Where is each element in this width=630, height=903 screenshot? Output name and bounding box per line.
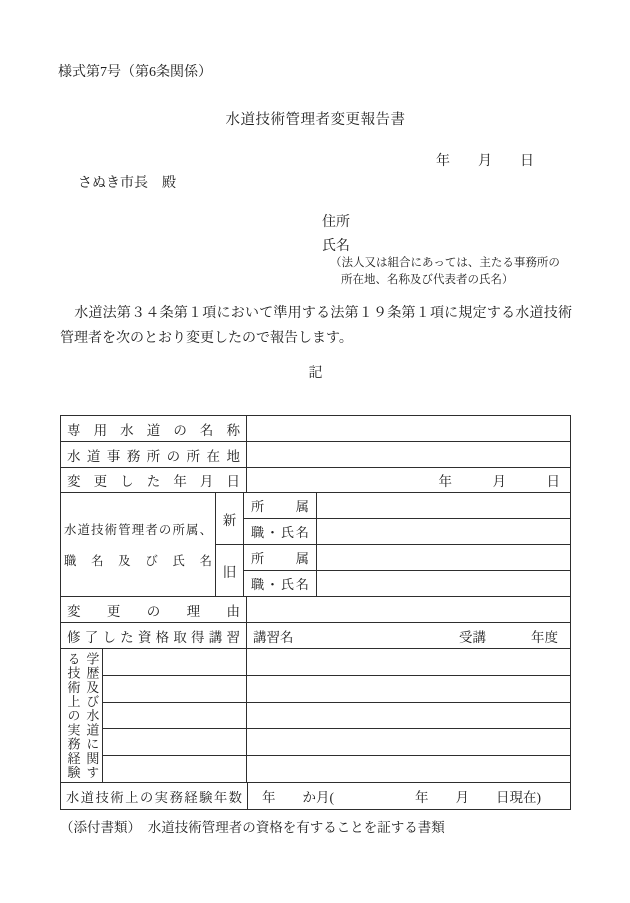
new-title-value-cell xyxy=(317,519,570,544)
manager-detail-column: 所属 職・氏名 所属 xyxy=(244,493,570,596)
training-value-cell: 講習名 受講 年度 xyxy=(247,623,570,648)
water-supply-name-value-cell xyxy=(247,416,570,441)
course-year-label: 年度 xyxy=(531,626,558,646)
water-supply-name-label-cell: 専用水道の名称 xyxy=(61,416,247,441)
section-heading: 記 xyxy=(60,362,571,382)
row-water-supply-name: 専用水道の名称 xyxy=(61,416,570,442)
old-title-value-cell xyxy=(317,571,570,596)
new-affiliation-label-cell: 所属 xyxy=(244,493,317,518)
manager-label-line2: 職名及び氏名 xyxy=(64,551,212,569)
name-note: （法人又は組合にあっては、主たる事務所の 所在地、名称及び代表者の氏名） xyxy=(330,255,560,288)
experience-right-cell-1 xyxy=(247,649,570,676)
row-training-course: 修了した資格取得講習 講習名 受講 年度 xyxy=(61,623,570,649)
manager-old-title-row: 職・氏名 xyxy=(244,571,570,596)
form-number: 様式第7号（第6条関係） xyxy=(58,61,212,81)
manager-label-cell: 水道技術管理者の所属、 職名及び氏名 xyxy=(61,493,216,596)
manager-new-cell: 新 xyxy=(216,493,243,545)
change-date-label-cell: 変更した年月日 xyxy=(61,468,247,492)
date-line: 年 月 日 xyxy=(436,150,534,170)
training-label-cell: 修了した資格取得講習 xyxy=(61,623,247,648)
experience-left-cell-1 xyxy=(103,649,246,676)
old-affiliation-value-cell xyxy=(317,545,570,570)
experience-years-label-cell: 水道技術上の実務経験年数 xyxy=(61,783,248,809)
change-reason-label-cell: 変更の理由 xyxy=(61,597,247,622)
experience-left-column xyxy=(103,649,247,782)
name-label: 氏名 xyxy=(322,235,350,255)
office-address-value-cell xyxy=(247,442,570,467)
new-affiliation-value-cell xyxy=(317,493,570,518)
experience-right-cell-3 xyxy=(247,703,570,730)
row-change-reason: 変更の理由 xyxy=(61,597,570,623)
experience-left-cell-4 xyxy=(103,729,246,756)
experience-vertical-label: 学歴及び水道に関する技術上の実務経験 xyxy=(63,652,101,780)
addressee: さぬき市長 殿 xyxy=(78,172,176,192)
manager-new-affiliation-row: 所属 xyxy=(244,493,570,519)
document-title: 水道技術管理者変更報告書 xyxy=(60,108,571,129)
row-experience: 学歴及び水道に関する技術上の実務経験 xyxy=(61,649,570,783)
change-reason-value-cell xyxy=(247,597,570,622)
manager-old-cell: 旧 xyxy=(216,545,243,596)
experience-right-cell-2 xyxy=(247,676,570,703)
manager-new-old-column: 新 旧 xyxy=(216,493,244,596)
attachment-note: （添付書類） 水道技術管理者の資格を有することを証する書類 xyxy=(60,816,445,836)
experience-left-cell-3 xyxy=(103,703,246,730)
old-title-label-cell: 職・氏名 xyxy=(244,571,317,596)
report-table: 専用水道の名称 水道事務所の所在地 変更した年月日 年 月 日 水道技術管理者の… xyxy=(60,415,571,810)
manager-label-line1: 水道技術管理者の所属、 xyxy=(64,520,212,538)
experience-left-cell-5 xyxy=(103,756,246,782)
row-manager: 水道技術管理者の所属、 職名及び氏名 新 旧 所属 職・氏名 xyxy=(61,493,570,597)
course-attended-label: 受講 xyxy=(459,626,486,646)
experience-right-cell-4 xyxy=(247,729,570,756)
manager-new-title-row: 職・氏名 xyxy=(244,519,570,545)
row-office-address: 水道事務所の所在地 xyxy=(61,442,570,468)
row-experience-years: 水道技術上の実務経験年数 年 か月( 年 月 日現在) xyxy=(61,783,570,809)
row-change-date: 変更した年月日 年 月 日 xyxy=(61,468,570,493)
experience-right-cell-5 xyxy=(247,756,570,782)
experience-right-column xyxy=(247,649,570,782)
address-label: 住所 xyxy=(322,211,350,231)
old-affiliation-label-cell: 所属 xyxy=(244,545,317,570)
name-note-line2: 所在地、名称及び代表者の氏名） xyxy=(330,272,560,289)
name-note-line1: （法人又は組合にあっては、主たる事務所の xyxy=(330,255,560,272)
body-paragraph: 水道法第３４条第１項において準用する法第１９条第１項に規定する水道技術管理者を次… xyxy=(60,301,572,352)
manager-old-affiliation-row: 所属 xyxy=(244,545,570,571)
change-date-value-cell: 年 月 日 xyxy=(247,468,570,492)
new-title-label-cell: 職・氏名 xyxy=(244,519,317,544)
experience-left-cell-2 xyxy=(103,676,246,703)
document-page: 様式第7号（第6条関係） 水道技術管理者変更報告書 年 月 日 さぬき市長 殿 … xyxy=(0,0,630,903)
office-address-label-cell: 水道事務所の所在地 xyxy=(61,442,247,467)
experience-label-cell: 学歴及び水道に関する技術上の実務経験 xyxy=(61,649,103,782)
experience-years-value-cell: 年 か月( 年 月 日現在) xyxy=(248,783,570,809)
course-name-label: 講習名 xyxy=(253,626,294,646)
